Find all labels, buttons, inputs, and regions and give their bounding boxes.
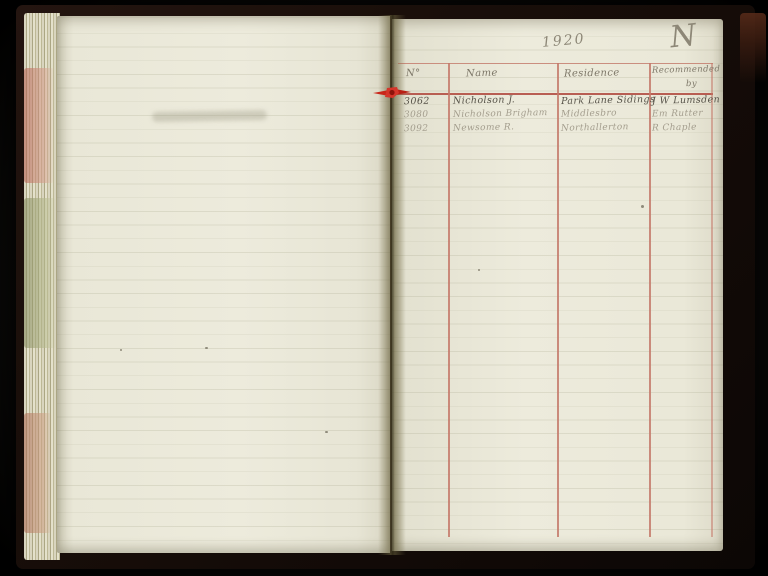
column-rule-name-residence [557, 63, 559, 537]
red-ribbon-bookmark [373, 86, 411, 99]
header-residence: Residence [564, 67, 620, 79]
cell-name: Nicholson Brigham [453, 108, 548, 120]
page-speck [205, 347, 208, 349]
page-edge-stack [24, 13, 60, 560]
index-letter: N [668, 18, 698, 56]
header-number: N° [406, 68, 421, 79]
page-speck [325, 431, 328, 433]
cell-residence: Middlesbro [561, 108, 617, 119]
header-bottom-rule [392, 93, 713, 95]
cell-recommended-by: R Chaple [652, 123, 697, 134]
cell-number: 3080 [404, 110, 429, 121]
header-recommended: Recommended [652, 64, 720, 75]
faded-erasure-smudge [152, 110, 267, 122]
left-page-shading [57, 16, 390, 553]
cell-residence: Northallerton [561, 122, 629, 133]
header-top-rule [398, 63, 713, 64]
cover-wear-mark [740, 13, 766, 83]
cell-name: Newsome R. [453, 122, 515, 133]
fore-edge-red-tint-lower [24, 413, 52, 533]
cell-recommended-by: Em Rutter [652, 108, 703, 119]
left-page-ruled-lines [57, 16, 390, 553]
cell-name: Nicholson J. [453, 94, 515, 106]
column-rule-right-margin [711, 63, 713, 537]
ledger-photo-scene: 1920 N N° Name Residence Recommended by … [0, 0, 768, 576]
column-rule-number-name [448, 63, 450, 537]
header-name: Name [466, 68, 498, 80]
page-speck [478, 269, 480, 271]
cell-residence: Park Lane Sidings [561, 94, 655, 107]
left-page [57, 16, 390, 553]
cell-recommended-by: J W Lumsden [652, 94, 720, 106]
header-recommended-by: by [686, 79, 697, 89]
column-rule-residence-recommended [649, 63, 651, 537]
fore-edge-green-tint [24, 198, 56, 348]
page-speck [120, 349, 122, 351]
page-speck [641, 205, 644, 208]
right-page: 1920 N N° Name Residence Recommended by … [392, 19, 723, 551]
year-annotation: 1920 [541, 31, 586, 51]
fore-edge-red-tint [24, 68, 54, 183]
cell-number: 3092 [404, 124, 429, 135]
